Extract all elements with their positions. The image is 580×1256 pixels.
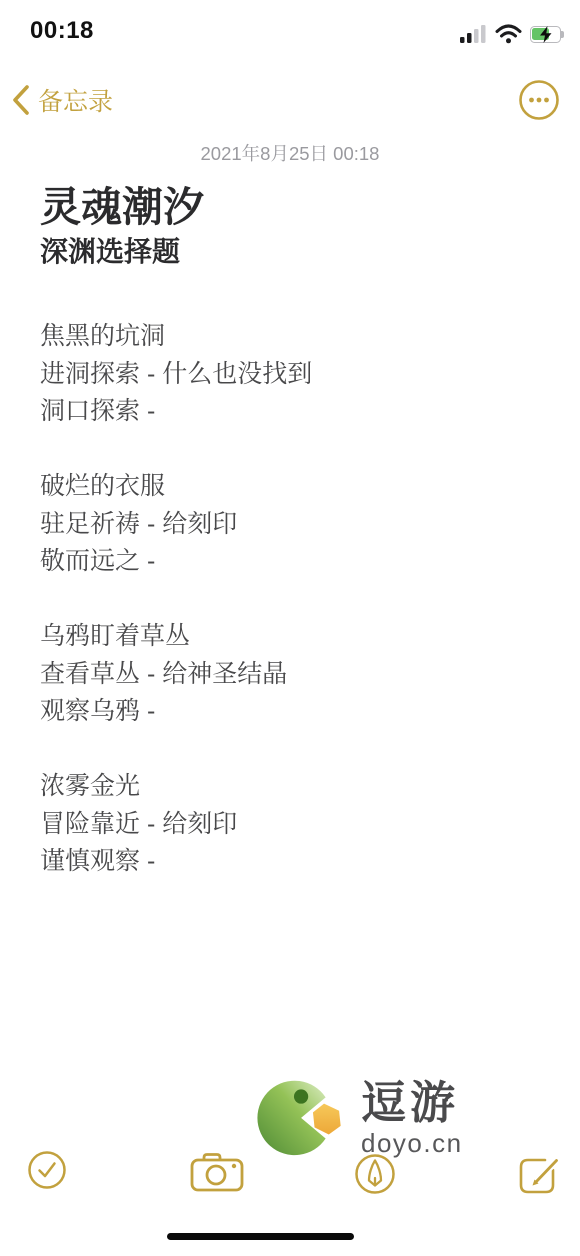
ellipsis-circle-icon bbox=[518, 79, 560, 121]
watermark-text: 逗游 doyo.cn bbox=[361, 1066, 463, 1159]
wifi-icon bbox=[495, 24, 522, 44]
compose-icon bbox=[515, 1152, 563, 1198]
section-line: 谨慎观察 - bbox=[40, 843, 550, 881]
home-indicator[interactable] bbox=[167, 1233, 354, 1240]
section-line: 驻足祈祷 - 给刻印 bbox=[40, 506, 550, 544]
section-line: 进洞探索 - 什么也没找到 bbox=[40, 356, 550, 394]
section-heading: 乌鸦盯着草丛 bbox=[40, 618, 550, 656]
status-icons bbox=[460, 24, 564, 44]
section-line: 查看草丛 - 给神圣结晶 bbox=[40, 656, 550, 694]
note-section: 焦黑的坑洞 进洞探索 - 什么也没找到 洞口探索 - bbox=[40, 318, 550, 431]
more-options-button[interactable] bbox=[518, 79, 560, 121]
markup-pen-icon bbox=[354, 1153, 396, 1195]
section-line: 敬而远之 - bbox=[40, 543, 550, 581]
note-title: 灵魂潮汐 bbox=[40, 174, 204, 233]
section-line: 观察乌鸦 - bbox=[40, 693, 550, 731]
markup-button[interactable] bbox=[354, 1153, 396, 1195]
note-section: 破烂的衣服 驻足祈祷 - 给刻印 敬而远之 - bbox=[40, 468, 550, 581]
compose-button[interactable] bbox=[515, 1152, 563, 1198]
section-heading: 浓雾金光 bbox=[40, 768, 550, 806]
camera-button[interactable] bbox=[189, 1151, 245, 1193]
section-line: 冒险靠近 - 给刻印 bbox=[40, 806, 550, 844]
note-section: 浓雾金光 冒险靠近 - 给刻印 谨慎观察 - bbox=[40, 768, 550, 881]
back-button-label: 备忘录 bbox=[38, 82, 113, 118]
checklist-button[interactable] bbox=[27, 1150, 67, 1190]
note-subtitle: 深渊选择题 bbox=[40, 230, 180, 270]
note-body[interactable]: 焦黑的坑洞 进洞探索 - 什么也没找到 洞口探索 - 破烂的衣服 驻足祈祷 - … bbox=[40, 318, 550, 918]
doyo-watermark: 逗游 doyo.cn bbox=[252, 1066, 463, 1167]
section-line: 洞口探索 - bbox=[40, 393, 550, 431]
charging-bolt-icon bbox=[536, 24, 556, 45]
section-heading: 焦黑的坑洞 bbox=[40, 318, 550, 356]
notes-app-screen: 00:18 备忘录 bbox=[0, 0, 580, 1256]
chevron-left-icon bbox=[10, 84, 32, 116]
note-section: 乌鸦盯着草丛 查看草丛 - 给神圣结晶 观察乌鸦 - bbox=[40, 618, 550, 731]
doyo-pacman-logo bbox=[252, 1072, 347, 1167]
battery-charging-icon bbox=[530, 26, 564, 43]
note-date: 2021年8月25日 00:18 bbox=[0, 140, 580, 166]
status-time: 00:18 bbox=[30, 17, 94, 45]
back-button[interactable]: 备忘录 bbox=[10, 82, 113, 118]
check-circle-icon bbox=[27, 1150, 67, 1190]
section-heading: 破烂的衣服 bbox=[40, 468, 550, 506]
camera-icon bbox=[189, 1151, 245, 1193]
watermark-brand: 逗游 bbox=[361, 1080, 463, 1125]
cellular-signal-icon bbox=[460, 25, 487, 43]
